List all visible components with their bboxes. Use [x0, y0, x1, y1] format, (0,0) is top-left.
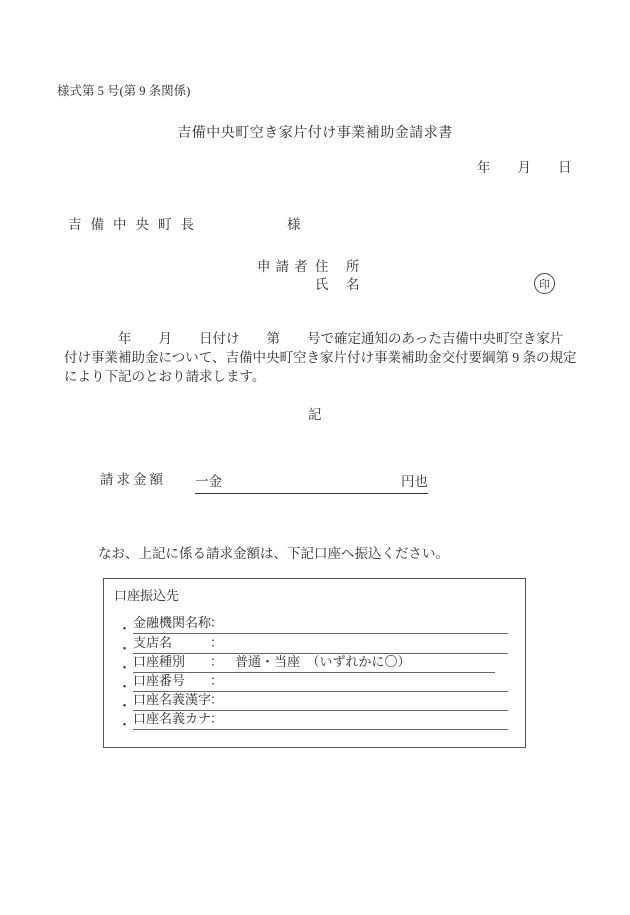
bullet-icon: ・: [118, 638, 131, 657]
seal-mark-character: 印: [539, 276, 550, 292]
account-field-value: [223, 689, 235, 708]
addressee-name: 吉備中央町長: [68, 217, 203, 233]
account-field-label: 口座種別: [133, 651, 210, 670]
amount-suffix: 円也: [401, 470, 428, 490]
bullet-icon: ・: [118, 657, 131, 676]
account-field-value: [223, 670, 235, 689]
account-field-value: [223, 708, 235, 727]
account-field-label: 口座名義漢字: [133, 689, 210, 708]
bullet-icon: ・: [118, 676, 131, 695]
transfer-note: なお、上記に係る請求金額は、下記口座へ振込ください。: [98, 546, 449, 562]
account-field-value: 普通・当座 （いずれかに〇）: [223, 651, 411, 670]
account-field-line: 金融機関名称 ：: [133, 612, 508, 634]
account-field-colon: ：: [210, 670, 223, 689]
body-paragraph-line-3: により下記のとおり請求します。: [64, 369, 265, 385]
account-transfer-box: 口座振込先 ・ 金融機関名称 ： ・ 支店名 ： ・ 口座種別 ： 普通・当座 …: [103, 578, 526, 748]
document-page: 様式第 5 号(第 9 条関係) 吉備中央町空き家片付け事業補助金請求書 年 月…: [0, 0, 630, 915]
account-field-label: 口座番号: [133, 670, 210, 689]
body-paragraph-line-1: 年 月 日付け 第 号で確定通知のあった吉備中央町空き家片: [64, 331, 563, 347]
account-field-colon: ：: [210, 632, 223, 651]
section-mark: 記: [0, 407, 630, 423]
account-field-colon: ：: [210, 708, 223, 727]
body-paragraph-line-2: 付け事業補助金について、吉備中央町空き家片付け事業補助金交付要綱第 9 条の規定: [64, 350, 576, 366]
bullet-icon: ・: [118, 714, 131, 733]
account-field-label: 支店名: [133, 632, 210, 651]
applicant-address-label: 住 所: [315, 259, 362, 275]
account-row-holder-kana: ・ 口座名義カナ ：: [118, 713, 138, 730]
account-field-value: [223, 632, 235, 651]
bullet-icon: ・: [118, 695, 131, 714]
amount-prefix: 一金: [195, 470, 222, 490]
account-field-colon: ：: [210, 651, 223, 670]
page-title: 吉備中央町空き家片付け事業補助金請求書: [0, 126, 630, 143]
applicant-name-label: 氏 名: [315, 277, 362, 293]
account-box-title: 口座振込先: [114, 585, 179, 604]
amount-label: 請求金額: [100, 472, 166, 488]
addressee-honorific: 様: [287, 217, 301, 233]
applicant-label: 申請者: [257, 259, 313, 275]
account-field-colon: ：: [210, 689, 223, 708]
account-field-line: 口座名義カナ ：: [133, 708, 508, 730]
date-line: 年 月 日: [477, 160, 572, 176]
account-field-label: 金融機関名称: [133, 612, 210, 631]
account-field-label: 口座名義カナ: [133, 708, 210, 727]
amount-blank-line: 一金 円也: [195, 470, 428, 494]
seal-mark-icon: 印: [534, 273, 555, 294]
form-number: 様式第 5 号(第 9 条関係): [57, 84, 190, 99]
bullet-icon: ・: [118, 618, 131, 637]
account-field-value: [223, 612, 235, 631]
account-field-colon: ：: [210, 612, 223, 631]
